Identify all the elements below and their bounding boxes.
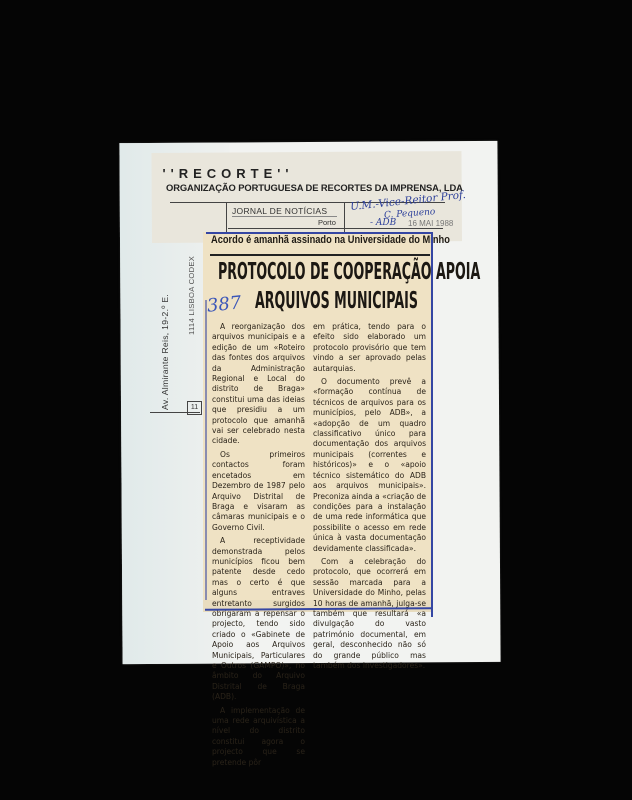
newspaper-name: JORNAL DE NOTÍCIAS (232, 206, 327, 216)
article-headline-line1: PROTOCOLO DE COOPERAÇÃO APOIA (218, 259, 480, 285)
article-kicker: Acordo é amanhã assinado na Universidade… (211, 234, 400, 246)
article-headline-line2: ARQUIVOS MUNICIPAIS (255, 288, 418, 314)
paragraph: O documento prevê a «formação contínua d… (313, 377, 426, 554)
paragraph: Com a celebração do protocolo, que ocorr… (313, 557, 426, 671)
paragraph: Os primeiros contactos foram encetados e… (212, 450, 305, 533)
service-organization: ORGANIZAÇÃO PORTUGUESA DE RECORTES DA IM… (166, 182, 456, 193)
date-stamp: 16 MAI 1988 (408, 219, 453, 228)
handwritten-adb: - ADB (370, 218, 396, 228)
newspaper-underline (232, 216, 337, 217)
service-name: ''RECORTE'' (128, 166, 328, 181)
handwritten-reference-number: 387 (206, 292, 242, 316)
paragraph: A receptividade demonstrada pelos municí… (212, 536, 305, 703)
service-address: Av. Almirante Reis, 19-2.º E. (160, 294, 170, 410)
paragraph: em prática, tendo para o efeito sido ela… (313, 322, 426, 374)
service-address-city: 1114 LISBOA CODEX (187, 256, 196, 335)
pen-mark-left (205, 300, 207, 600)
paragraph: A reorganização dos arquivos municipais … (212, 322, 305, 447)
article-column-1: A reorganização dos arquivos municipais … (212, 322, 305, 771)
page-number-box: 11 (187, 401, 202, 415)
pen-mark-top (206, 232, 432, 234)
header-rule-bottom (228, 228, 443, 229)
paragraph: A implementação de uma rede arquivística… (212, 706, 305, 768)
pen-mark-right (431, 232, 433, 617)
article-column-2: em prática, tendo para o efeito sido ela… (313, 322, 426, 674)
header-divider-right (344, 202, 345, 232)
kicker-rule (210, 254, 430, 256)
header-divider-left (226, 202, 227, 232)
newspaper-city: Porto (318, 218, 336, 227)
